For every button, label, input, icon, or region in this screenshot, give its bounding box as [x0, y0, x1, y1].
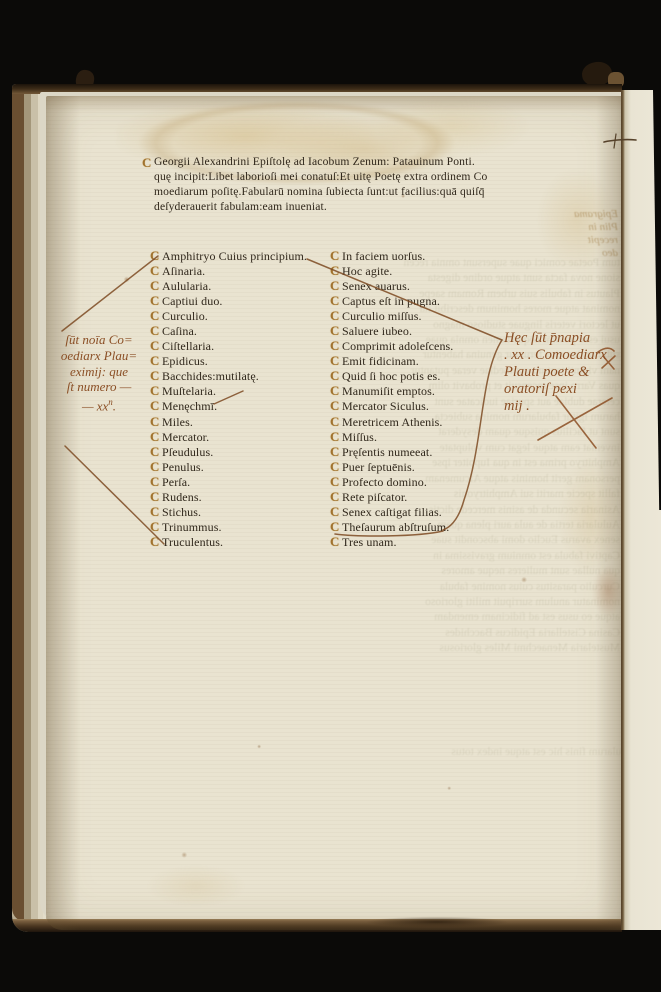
- ink-annotation-lines: [46, 96, 622, 930]
- book: tum Poetae comici quae supersunt omnia r…: [12, 84, 622, 932]
- menaechmi-slash: [214, 391, 243, 404]
- pen-tick-mark: [596, 126, 644, 156]
- facing-page-edge: [621, 90, 661, 930]
- right-brace: [443, 340, 502, 530]
- flourish-cross-stroke: [556, 396, 596, 448]
- photo-backdrop: tum Poetae comici quae supersunt omnia r…: [0, 0, 661, 992]
- left-connector-lower: [65, 446, 164, 544]
- right-connector-upper: [307, 259, 502, 340]
- book-page: tum Poetae comici quae supersunt omnia r…: [46, 96, 622, 930]
- flourish-cross-stroke: [538, 398, 612, 440]
- left-connector-upper: [62, 256, 158, 331]
- tres-unam-underline: [335, 531, 443, 536]
- comoediarum-curl: [598, 348, 614, 352]
